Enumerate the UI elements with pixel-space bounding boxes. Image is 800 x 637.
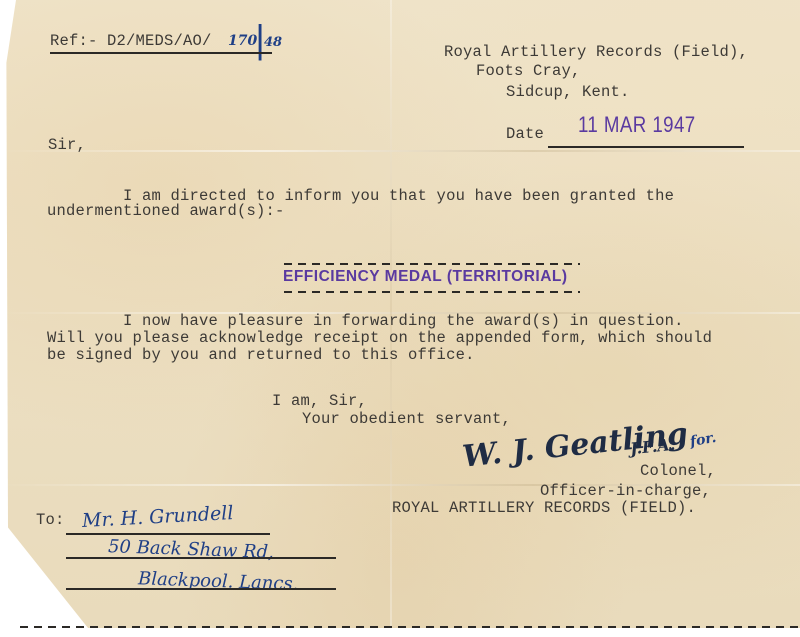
award-bottom-rule [284,291,580,293]
paragraph2-line2: Will you please acknowledge receipt on t… [47,330,712,347]
award-territorial: (TERRITORIAL) [447,268,568,285]
perforation-line [20,626,800,628]
fold-crease [0,150,800,152]
award-name: EFFICIENCY MEDAL (TERRITORIAL) [283,268,568,286]
signatory-role: Officer-in-charge, [540,483,711,500]
sender-address-line2: Foots Cray, [476,63,581,80]
closing-line2: Your obedient servant, [302,411,511,428]
sender-address-line1: Royal Artillery Records (Field), [444,44,748,61]
closing-line1: I am, Sir, [272,393,367,410]
reference-prefix: Ref:- D2/MEDS/AO/ [50,33,212,50]
recipient-name-line [66,533,270,535]
date-underline [548,146,744,148]
date-label: Date [506,126,544,143]
reference-number: 170 [228,33,257,49]
reference-year: 48 [264,35,282,50]
recipient-address2-line [66,588,336,590]
recipient-address1-line [66,557,336,559]
paragraph2-line1: I now have pleasure in forwarding the aw… [47,313,684,330]
salutation: Sir, [48,137,86,154]
award-medal: EFFICIENCY MEDAL [283,268,442,285]
recipient-label: To: [36,512,65,529]
paragraph1-line2: undermentioned award(s):- [47,203,285,220]
award-top-rule [284,263,580,265]
reference-underline [50,52,272,54]
date-stamp: 11 MAR 1947 [578,112,696,138]
signatory-title: Colonel, [640,463,716,480]
signatory-office: ROYAL ARTILLERY RECORDS (FIELD). [392,500,696,517]
sender-address-line3: Sidcup, Kent. [506,84,630,101]
paragraph2-line3: be signed by you and returned to this of… [47,347,475,364]
